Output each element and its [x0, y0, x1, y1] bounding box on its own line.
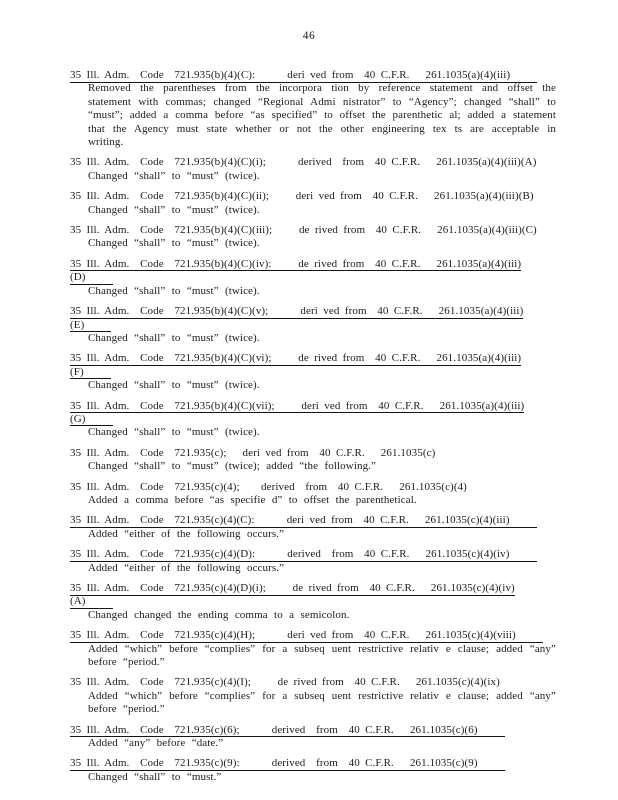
entry-changes: Changed “shall” to “must” (twice).: [88, 170, 556, 183]
entry-change-line: before “period.”: [88, 703, 556, 716]
code-derivation-entry: 35 Ill. Adm. Code 721.935(c)(4)(C): deri…: [70, 514, 556, 541]
entry-heading: 35 Ill. Adm. Code 721.935(b)(4)(C): deri…: [70, 69, 556, 82]
entry-change-line: statement with commas; changed “Regional…: [88, 96, 556, 109]
entry-change-line: Changed “shall” to “must” (twice).: [88, 426, 556, 439]
entry-change-line: Changed “shall” to “must” (twice).: [88, 285, 556, 298]
code-derivation-entry: 35 Ill. Adm. Code 721.935(c)(4)(D): deri…: [70, 548, 556, 575]
page-number: 46: [0, 0, 618, 43]
entry-heading-text: 35 Ill. Adm. Code 721.935(c)(4)(H); deri…: [70, 629, 543, 643]
entry-change-line: that the Agency must state whether or no…: [88, 123, 556, 136]
entry-heading-text: 35 Ill. Adm. Code 721.935(c)(9): derived…: [70, 757, 505, 771]
entry-change-line: Added “which” before “complies” for a su…: [88, 690, 556, 703]
code-derivation-entry: 35 Ill. Adm. Code 721.935(b)(4)(C)(i); d…: [70, 156, 556, 183]
entry-change-line: Changed changed the ending comma to a se…: [88, 609, 556, 622]
entry-change-line: Added “which” before “complies” for a su…: [88, 643, 556, 656]
entry-heading-text: 35 Ill. Adm. Code 721.935(b)(4)(C)(i); d…: [70, 156, 536, 168]
entry-heading: 35 Ill. Adm. Code 721.935(c)(4)(D)(i); d…: [70, 582, 556, 609]
entry-changes: Removed the parentheses from the incorpo…: [88, 82, 556, 149]
entry-heading-text: 35 Ill. Adm. Code 721.935(c)(4); derived…: [70, 481, 467, 493]
entry-changes: Added “which” before “complies” for a su…: [88, 643, 556, 670]
entry-heading-text: 35 Ill. Adm. Code 721.935(b)(4)(C)(v); d…: [70, 305, 523, 332]
entry-change-line: Added “any” before “date.”: [88, 737, 556, 750]
entry-change-line: writing.: [88, 136, 556, 149]
entry-changes: Changed “shall” to “must” (twice).: [88, 426, 556, 439]
entry-heading-text: 35 Ill. Adm. Code 721.935(b)(4)(C)(ii); …: [70, 190, 534, 202]
code-derivation-entry: 35 Ill. Adm. Code 721.935(b)(4)(C)(v); d…: [70, 305, 556, 345]
entry-change-line: Changed “shall” to “must” (twice).: [88, 204, 556, 217]
entry-heading: 35 Ill. Adm. Code 721.935(c)(4)(I); de r…: [70, 676, 556, 689]
entry-change-line: Changed “shall” to “must” (twice).: [88, 379, 556, 392]
entry-changes: Changed “shall” to “must” (twice).: [88, 332, 556, 345]
entry-changes: Changed “shall” to “must” (twice).: [88, 237, 556, 250]
code-derivation-entry: 35 Ill. Adm. Code 721.935(c)(4)(H); deri…: [70, 629, 556, 669]
entry-heading: 35 Ill. Adm. Code 721.935(b)(4)(C)(ii); …: [70, 190, 556, 203]
entry-list: 35 Ill. Adm. Code 721.935(b)(4)(C): deri…: [70, 69, 556, 784]
entry-change-line: Removed the parentheses from the incorpo…: [88, 82, 556, 95]
entry-heading: 35 Ill. Adm. Code 721.935(b)(4)(C)(iii);…: [70, 224, 556, 237]
entry-change-line: “must”; added a comma before “as specifi…: [88, 109, 556, 122]
entry-heading: 35 Ill. Adm. Code 721.935(c); deri ved f…: [70, 447, 556, 460]
code-derivation-entry: 35 Ill. Adm. Code 721.935(b)(4)(C)(vi); …: [70, 352, 556, 392]
entry-change-line: Added a comma before “as specifie d” to …: [88, 494, 556, 507]
entry-change-line: Changed “shall” to “must” (twice); added…: [88, 460, 556, 473]
entry-change-line: Added “either of the following occurs.”: [88, 528, 556, 541]
entry-changes: Added “which” before “complies” for a su…: [88, 690, 556, 717]
entry-heading-text: 35 Ill. Adm. Code 721.935(b)(4)(C)(iv): …: [70, 258, 521, 285]
entry-change-line: before “period.”: [88, 656, 556, 669]
entry-changes: Changed changed the ending comma to a se…: [88, 609, 556, 622]
code-derivation-entry: 35 Ill. Adm. Code 721.935(b)(4)(C): deri…: [70, 69, 556, 149]
entry-change-line: Changed “shall” to “must” (twice).: [88, 170, 556, 183]
code-derivation-entry: 35 Ill. Adm. Code 721.935(c)(4); derived…: [70, 481, 556, 508]
entry-changes: Added a comma before “as specifie d” to …: [88, 494, 556, 507]
entry-changes: Changed “shall” to “must.”: [88, 771, 556, 784]
entry-change-line: Changed “shall” to “must.”: [88, 771, 556, 784]
entry-heading-text: 35 Ill. Adm. Code 721.935(c); deri ved f…: [70, 447, 435, 459]
entry-changes: Changed “shall” to “must” (twice).: [88, 379, 556, 392]
entry-heading: 35 Ill. Adm. Code 721.935(b)(4)(C)(iv): …: [70, 258, 556, 285]
entry-changes: Changed “shall” to “must” (twice).: [88, 285, 556, 298]
entry-changes: Added “either of the following occurs.”: [88, 562, 556, 575]
code-derivation-entry: 35 Ill. Adm. Code 721.935(c)(4)(D)(i); d…: [70, 582, 556, 622]
entry-change-line: Changed “shall” to “must” (twice).: [88, 332, 556, 345]
code-derivation-entry: 35 Ill. Adm. Code 721.935(c); deri ved f…: [70, 447, 556, 474]
entry-heading-text: 35 Ill. Adm. Code 721.935(c)(4)(D): deri…: [70, 548, 537, 562]
entry-heading-text: 35 Ill. Adm. Code 721.935(c)(6); derived…: [70, 724, 505, 738]
entry-heading: 35 Ill. Adm. Code 721.935(c)(4)(C): deri…: [70, 514, 556, 527]
entry-heading: 35 Ill. Adm. Code 721.935(c)(4)(H); deri…: [70, 629, 556, 642]
entry-changes: Added “any” before “date.”: [88, 737, 556, 750]
entry-heading: 35 Ill. Adm. Code 721.935(b)(4)(C)(i); d…: [70, 156, 556, 169]
code-derivation-entry: 35 Ill. Adm. Code 721.935(c)(9): derived…: [70, 757, 556, 784]
entry-changes: Changed “shall” to “must” (twice).: [88, 204, 556, 217]
entry-heading: 35 Ill. Adm. Code 721.935(b)(4)(C)(v); d…: [70, 305, 556, 332]
entry-heading-text: 35 Ill. Adm. Code 721.935(b)(4)(C): deri…: [70, 69, 537, 83]
code-derivation-entry: 35 Ill. Adm. Code 721.935(b)(4)(C)(iv): …: [70, 258, 556, 298]
entry-heading: 35 Ill. Adm. Code 721.935(c)(9): derived…: [70, 757, 556, 770]
entry-heading-text: 35 Ill. Adm. Code 721.935(c)(4)(D)(i); d…: [70, 582, 515, 609]
code-derivation-entry: 35 Ill. Adm. Code 721.935(b)(4)(C)(ii); …: [70, 190, 556, 217]
entry-heading-text: 35 Ill. Adm. Code 721.935(b)(4)(C)(vi); …: [70, 352, 521, 379]
entry-change-line: Added “either of the following occurs.”: [88, 562, 556, 575]
entry-heading: 35 Ill. Adm. Code 721.935(b)(4)(C)(vii);…: [70, 400, 556, 427]
entry-changes: Added “either of the following occurs.”: [88, 528, 556, 541]
entry-changes: Changed “shall” to “must” (twice); added…: [88, 460, 556, 473]
code-derivation-entry: 35 Ill. Adm. Code 721.935(c)(6); derived…: [70, 724, 556, 751]
code-derivation-entry: 35 Ill. Adm. Code 721.935(b)(4)(C)(vii);…: [70, 400, 556, 440]
entry-heading-text: 35 Ill. Adm. Code 721.935(b)(4)(C)(vii);…: [70, 400, 524, 427]
entry-heading: 35 Ill. Adm. Code 721.935(c)(4); derived…: [70, 481, 556, 494]
entry-heading: 35 Ill. Adm. Code 721.935(c)(4)(D): deri…: [70, 548, 556, 561]
entry-heading-text: 35 Ill. Adm. Code 721.935(c)(4)(I); de r…: [70, 676, 500, 688]
entry-heading-text: 35 Ill. Adm. Code 721.935(b)(4)(C)(iii);…: [70, 224, 537, 236]
entry-heading-text: 35 Ill. Adm. Code 721.935(c)(4)(C): deri…: [70, 514, 537, 528]
code-derivation-entry: 35 Ill. Adm. Code 721.935(c)(4)(I); de r…: [70, 676, 556, 716]
document-page: 46 35 Ill. Adm. Code 721.935(b)(4)(C): d…: [0, 0, 618, 800]
entry-heading: 35 Ill. Adm. Code 721.935(b)(4)(C)(vi); …: [70, 352, 556, 379]
entry-heading: 35 Ill. Adm. Code 721.935(c)(6); derived…: [70, 724, 556, 737]
code-derivation-entry: 35 Ill. Adm. Code 721.935(b)(4)(C)(iii);…: [70, 224, 556, 251]
entry-change-line: Changed “shall” to “must” (twice).: [88, 237, 556, 250]
